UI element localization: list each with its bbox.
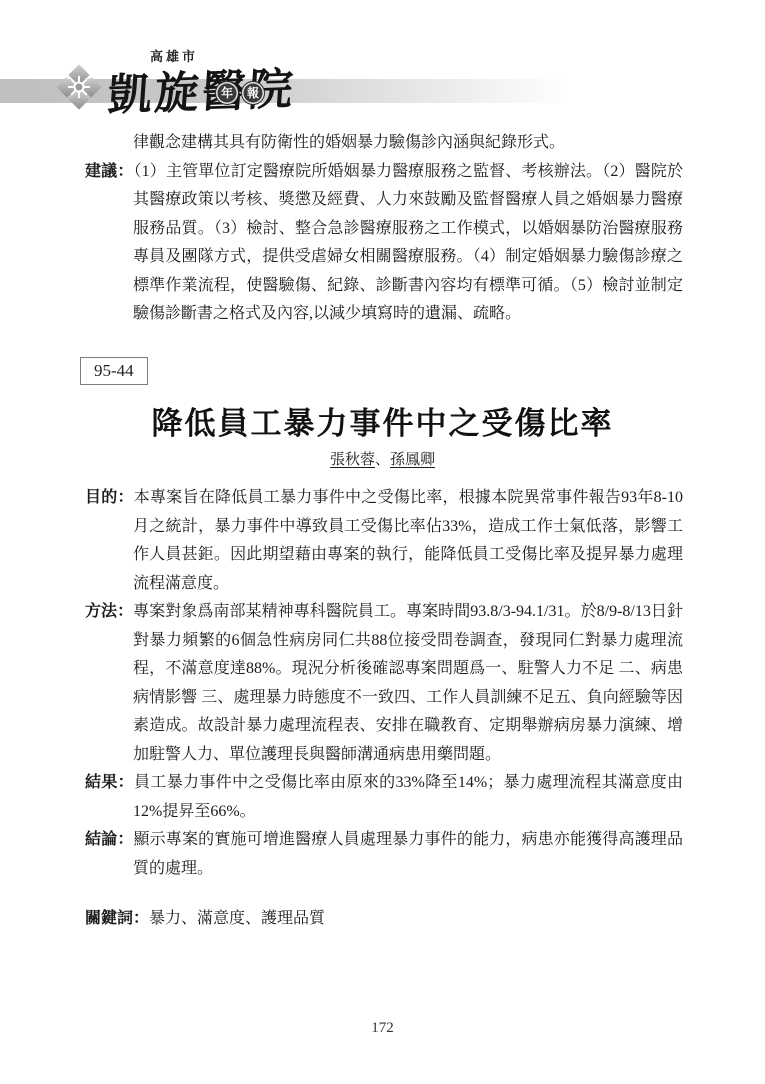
author-line: 張秋蓉、孫鳳卿 bbox=[0, 448, 765, 469]
suggestion-paragraph: 建議：（1）主管單位訂定醫療院所婚姻暴力醫療服務之監督、考核辦法。（2）醫院於其… bbox=[85, 158, 683, 329]
badge-year: 年 bbox=[216, 82, 238, 104]
keywords-label: 關鍵詞： bbox=[85, 910, 149, 927]
keywords-paragraph: 關鍵詞：暴力、滿意度、護理品質 bbox=[85, 905, 683, 934]
section-text: 專案對象爲南部某精神專科醫院員工。專案時間93.8/3-94.1/31。於8/9… bbox=[133, 603, 683, 763]
section-text: 本專案旨在降低員工暴力事件中之受傷比率，根據本院異常事件報告93年8-10月之統… bbox=[133, 489, 683, 592]
article-title: 降低員工暴力事件中之受傷比率 bbox=[0, 398, 765, 443]
badge-report: 報 bbox=[242, 82, 264, 104]
suggestion-text: （1）主管單位訂定醫療院所婚姻暴力醫療服務之監督、考核辦法。（2）醫院於其醫療政… bbox=[133, 163, 683, 323]
header-hospital-name: 凱旋醫院 bbox=[106, 53, 298, 124]
article-number-box: 95-44 bbox=[80, 357, 148, 385]
section-methods: 方法：專案對象爲南部某精神專科醫院員工。專案時間93.8/3-94.1/31。於… bbox=[85, 598, 683, 769]
document-page: 高雄市 凱旋醫院 年 報 律觀念建構其具有防衛性的婚姻暴力驗傷診內涵與紀錄形式。… bbox=[0, 0, 765, 1084]
page-number: 172 bbox=[0, 1020, 765, 1037]
section-conclusion: 結論：顯示專案的實施可增進醫療人員處理暴力事件的能力，病患亦能獲得高護理品質的處… bbox=[85, 826, 683, 883]
article-number: 95-44 bbox=[94, 361, 134, 380]
section-purpose: 目的：本專案旨在降低員工暴力事件中之受傷比率，根據本院異常事件報告93年8-10… bbox=[85, 484, 683, 598]
previous-abstract-block: 律觀念建構其具有防衛性的婚姻暴力驗傷診內涵與紀錄形式。 建議：（1）主管單位訂定… bbox=[85, 129, 683, 329]
suggestion-label: 建議： bbox=[85, 163, 133, 180]
author-name: 孫鳳卿 bbox=[390, 452, 435, 468]
author-name: 張秋蓉 bbox=[330, 452, 375, 468]
previous-abstract-continuation: 律觀念建構其具有防衛性的婚姻暴力驗傷診內涵與紀錄形式。 bbox=[85, 129, 683, 158]
section-label: 結果： bbox=[85, 774, 134, 791]
hospital-emblem-icon bbox=[55, 63, 103, 111]
section-label: 目的： bbox=[85, 489, 134, 506]
abstract-block: 目的：本專案旨在降低員工暴力事件中之受傷比率，根據本院異常事件報告93年8-10… bbox=[85, 484, 683, 934]
emblem-flower-icon bbox=[55, 63, 103, 111]
annual-report-badges: 年 報 bbox=[216, 82, 264, 104]
section-text: 員工暴力事件中之受傷比率由原來的33%降至14%；暴力處理流程其滿意度由12%提… bbox=[133, 774, 683, 820]
section-label: 結論： bbox=[85, 831, 134, 848]
author-separator: 、 bbox=[375, 452, 390, 468]
section-results: 結果：員工暴力事件中之受傷比率由原來的33%降至14%；暴力處理流程其滿意度由1… bbox=[85, 769, 683, 826]
section-text: 顯示專案的實施可增進醫療人員處理暴力事件的能力，病患亦能獲得高護理品質的處理。 bbox=[133, 831, 683, 877]
keywords-text: 暴力、滿意度、護理品質 bbox=[149, 910, 325, 927]
section-label: 方法： bbox=[85, 603, 133, 620]
